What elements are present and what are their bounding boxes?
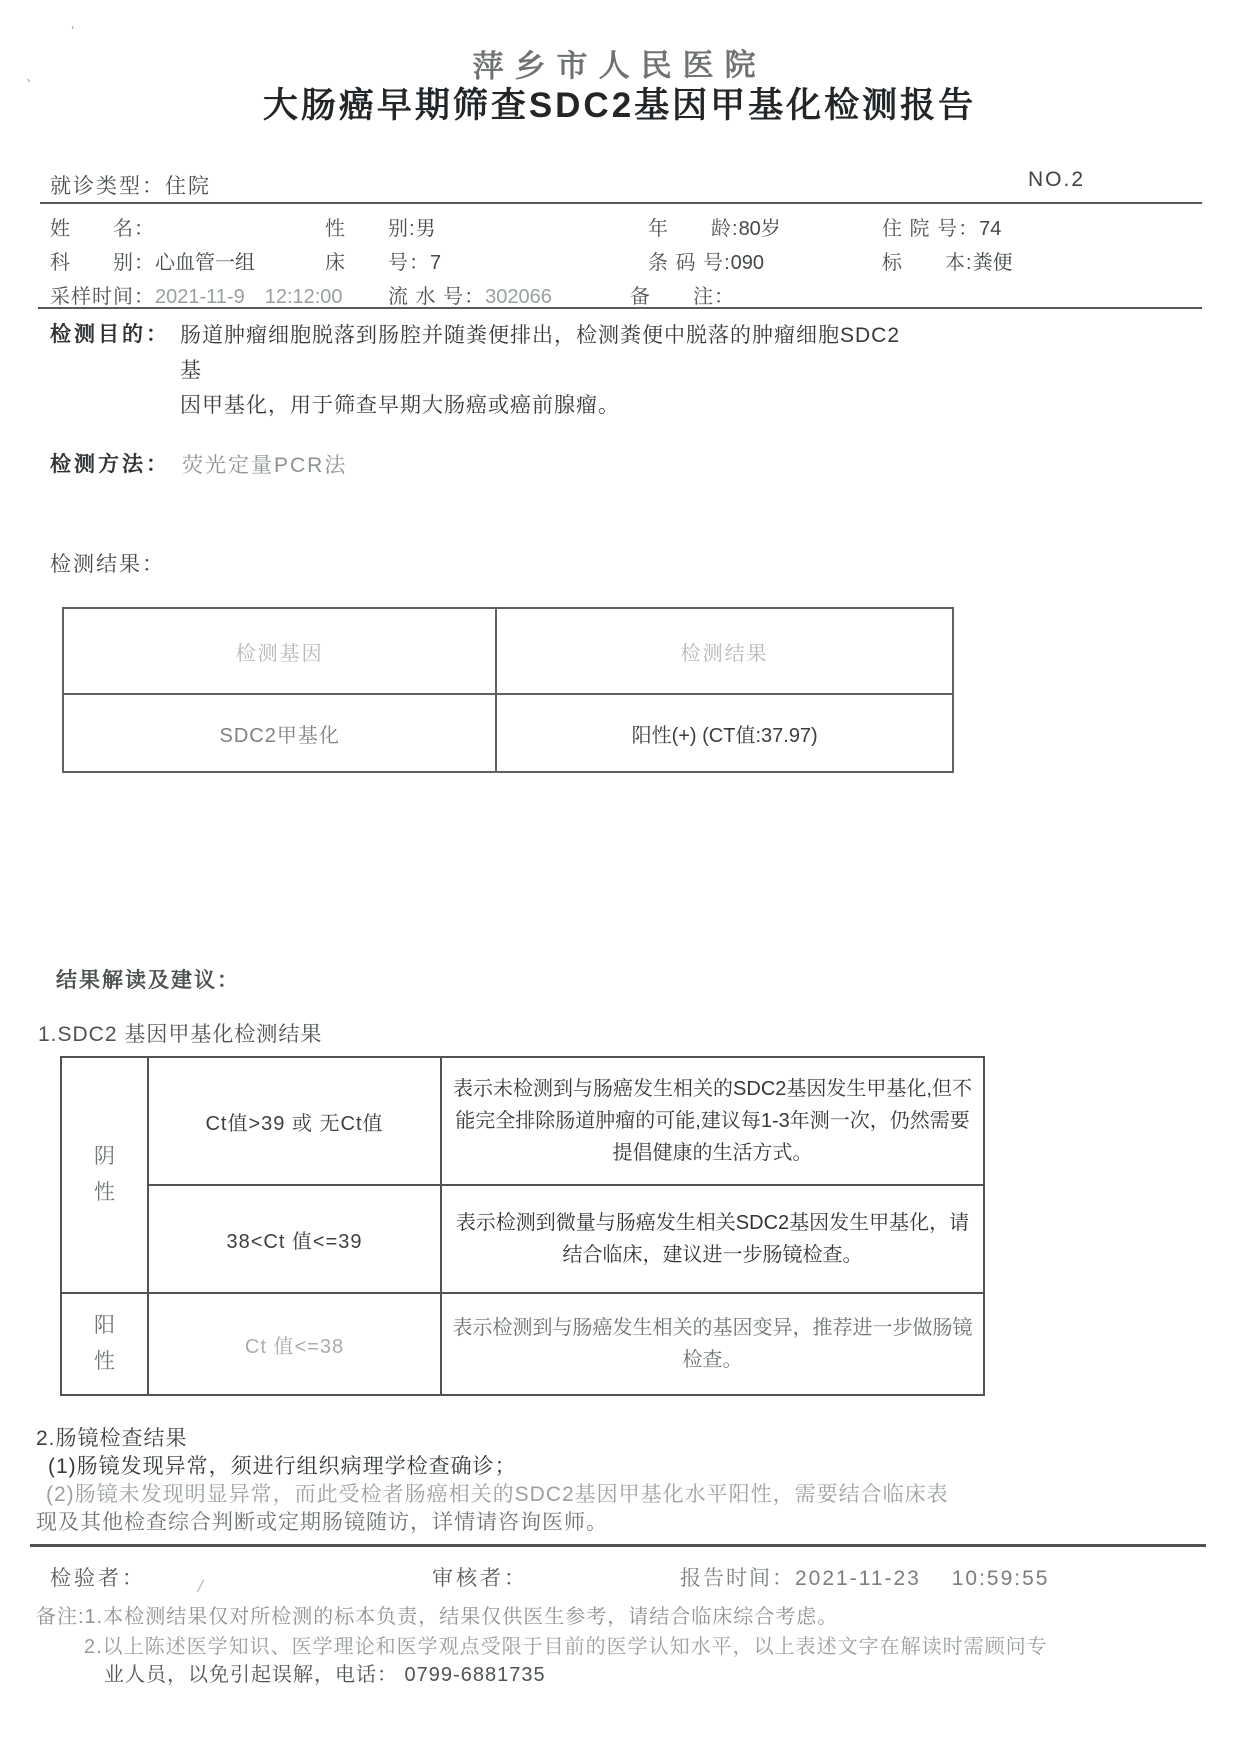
divider-top (40, 202, 1202, 204)
method-value: 荧光定量PCR法 (182, 449, 347, 479)
ct-range-cell: Ct 值<=38 (148, 1293, 441, 1395)
examiner-label: 检验者： (50, 1562, 146, 1592)
field-value: 80岁 (739, 218, 781, 240)
negative-label: 阴性 (92, 1139, 116, 1210)
field-label: 住 院 号： (882, 218, 979, 240)
interpretation-heading: 结果解读及建议： (56, 964, 240, 994)
colonoscopy-note-2-cont: 现及其他检查综合判断或定期肠镜随访，详情请咨询医师。 (36, 1506, 608, 1536)
patient-field-sampling-time: 采样时间：2021-11-9 12:12:00 (50, 280, 343, 309)
interpretation-item1-title: 1.SDC2 基因甲基化检测结果 (38, 1018, 322, 1048)
field-value: 2021-11-9 12:12:00 (155, 286, 343, 308)
interpretation-row-2: 38<Ct 值<=39 表示检测到微量与肠癌发生相关SDC2基因发生甲基化，请结… (61, 1185, 984, 1293)
results-header-result: 检测结果 (497, 609, 952, 693)
patient-field-department: 科 别：心血管一组 (50, 246, 255, 275)
interpretation-row-1: 阴性 Ct值>39 或 无Ct值 表示未检测到与肠癌发生相关的SDC2基因发生甲… (61, 1057, 984, 1185)
patient-field-bed-no: 床 号：7 (325, 246, 441, 275)
field-value: 74 (979, 218, 1001, 240)
results-table-row: SDC2甲基化 阳性(+) (CT值:37.97) (64, 695, 952, 771)
method-label: 检测方法： (50, 448, 170, 478)
field-label: 姓 名： (50, 218, 155, 240)
scan-artifact: , (70, 16, 78, 31)
signature-row: 检验者： 审核者： 报告时间：2021-11-23 10:59:55 (0, 1562, 1239, 1592)
positive-label: 阳性 (92, 1308, 116, 1379)
interpretation-desc-cell: 表示检测到与肠癌发生相关的基因变异，推荐进一步做肠镜检查。 (441, 1293, 984, 1395)
reviewer-label: 审核者： (432, 1562, 528, 1592)
purpose-text: 肠道肿瘤细胞脱落到肠腔并随粪便排出，检测粪便中脱落的肿瘤细胞SDC2基 因甲基化… (180, 318, 920, 423)
field-label: 性 别: (325, 218, 416, 240)
report-time: 报告时间：2021-11-23 10:59:55 (680, 1562, 1049, 1592)
purpose-line-2: 因甲基化，用于筛查早期大肠癌或癌前腺瘤。 (180, 388, 920, 423)
colonoscopy-note-2: (2)肠镜未发现明显异常，而此受检者肠癌相关的SDC2基因甲基化水平阳性，需要结… (46, 1478, 949, 1508)
patient-field-barcode: 条 码 号:090 (648, 246, 764, 275)
patient-field-sex: 性 别:男 (325, 212, 436, 241)
field-value: 男 (416, 218, 436, 240)
footnote-2: 2.以上陈述医学知识、医学理论和医学观点受限于目前的医学认知水平，以上表述文字在… (84, 1630, 1048, 1659)
purpose-line-1: 肠道肿瘤细胞脱落到肠腔并随粪便排出，检测粪便中脱落的肿瘤细胞SDC2基 (180, 318, 920, 388)
results-heading: 检测结果： (50, 548, 165, 578)
footnote-1: 备注:1.本检测结果仅对所检测的标本负责，结果仅供医生参考，请结合临床综合考虑。 (36, 1600, 838, 1629)
field-value: 7 (430, 252, 441, 274)
field-label: 流 水 号： (388, 286, 485, 308)
results-table-header: 检测基因 检测结果 (64, 609, 952, 695)
interpretation-desc-cell: 表示未检测到与肠癌发生相关的SDC2基因发生甲基化,但不能完全排除肠道肿瘤的可能… (441, 1057, 984, 1185)
interpretation-row-3: 阳性 Ct 值<=38 表示检测到与肠癌发生相关的基因变异，推荐进一步做肠镜检查… (61, 1293, 984, 1395)
patient-field-specimen: 标 本:粪便 (882, 246, 1013, 275)
field-value: 心血管一组 (155, 252, 255, 274)
visit-type: 就诊类型：住院 (50, 170, 211, 200)
field-label: 床 号： (325, 252, 430, 274)
patient-row-1: 姓 名： 性 别:男 年 龄:80岁 住 院 号：74 (0, 212, 1239, 242)
interpretation-table: 阴性 Ct值>39 或 无Ct值 表示未检测到与肠癌发生相关的SDC2基因发生甲… (60, 1056, 985, 1396)
field-value: 粪便 (973, 252, 1013, 274)
interpretation-item2-title: 2.肠镜检查结果 (36, 1422, 188, 1452)
patient-field-age: 年 龄:80岁 (648, 212, 781, 241)
field-value: 302066 (485, 286, 552, 308)
ct-range-cell: 38<Ct 值<=39 (148, 1185, 441, 1293)
results-table: 检测基因 检测结果 SDC2甲基化 阳性(+) (CT值:37.97) (62, 607, 954, 773)
divider-footer (30, 1544, 1206, 1547)
results-header-gene: 检测基因 (64, 609, 497, 693)
patient-field-serial-no: 流 水 号：302066 (388, 280, 552, 309)
field-label: 标 本: (882, 252, 973, 274)
patient-row-2: 科 别：心血管一组 床 号：7 条 码 号:090 标 本:粪便 (0, 246, 1239, 276)
field-label: 采样时间： (50, 286, 155, 308)
interpretation-desc-cell: 表示检测到微量与肠癌发生相关SDC2基因发生甲基化，请结合临床，建议进一步肠镜检… (441, 1185, 984, 1293)
results-cell-gene: SDC2甲基化 (64, 695, 497, 771)
colonoscopy-note-1: (1)肠镜发现异常，须进行组织病理学检查确诊； (48, 1450, 517, 1480)
divider-patient (38, 307, 1202, 309)
field-label: 条 码 号: (648, 252, 731, 274)
negative-label-cell: 阴性 (61, 1057, 148, 1293)
positive-label-cell: 阳性 (61, 1293, 148, 1395)
field-label: 备 注： (630, 286, 735, 308)
ct-range-cell: Ct值>39 或 无Ct值 (148, 1057, 441, 1185)
purpose-label: 检测目的： (50, 318, 170, 348)
field-label: 科 别： (50, 252, 155, 274)
field-label: 年 龄: (648, 218, 739, 240)
report-title: 大肠癌早期筛查SDC2基因甲基化检测报告 (0, 78, 1239, 128)
field-value: 090 (731, 252, 764, 274)
report-number: NO.2 (1028, 168, 1085, 192)
patient-row-3: 采样时间：2021-11-9 12:12:00 流 水 号：302066 备 注… (0, 280, 1239, 310)
patient-field-admission-no: 住 院 号：74 (882, 212, 1001, 241)
report-page: , 、 / 萍乡市人民医院 大肠癌早期筛查SDC2基因甲基化检测报告 就诊类型：… (0, 0, 1239, 1753)
patient-field-name: 姓 名： (50, 212, 155, 241)
patient-field-remark: 备 注： (630, 280, 735, 309)
results-cell-result: 阳性(+) (CT值:37.97) (497, 695, 952, 771)
footnote-2-cont: 业人员，以免引起误解，电话： 0799-6881735 (104, 1658, 546, 1687)
